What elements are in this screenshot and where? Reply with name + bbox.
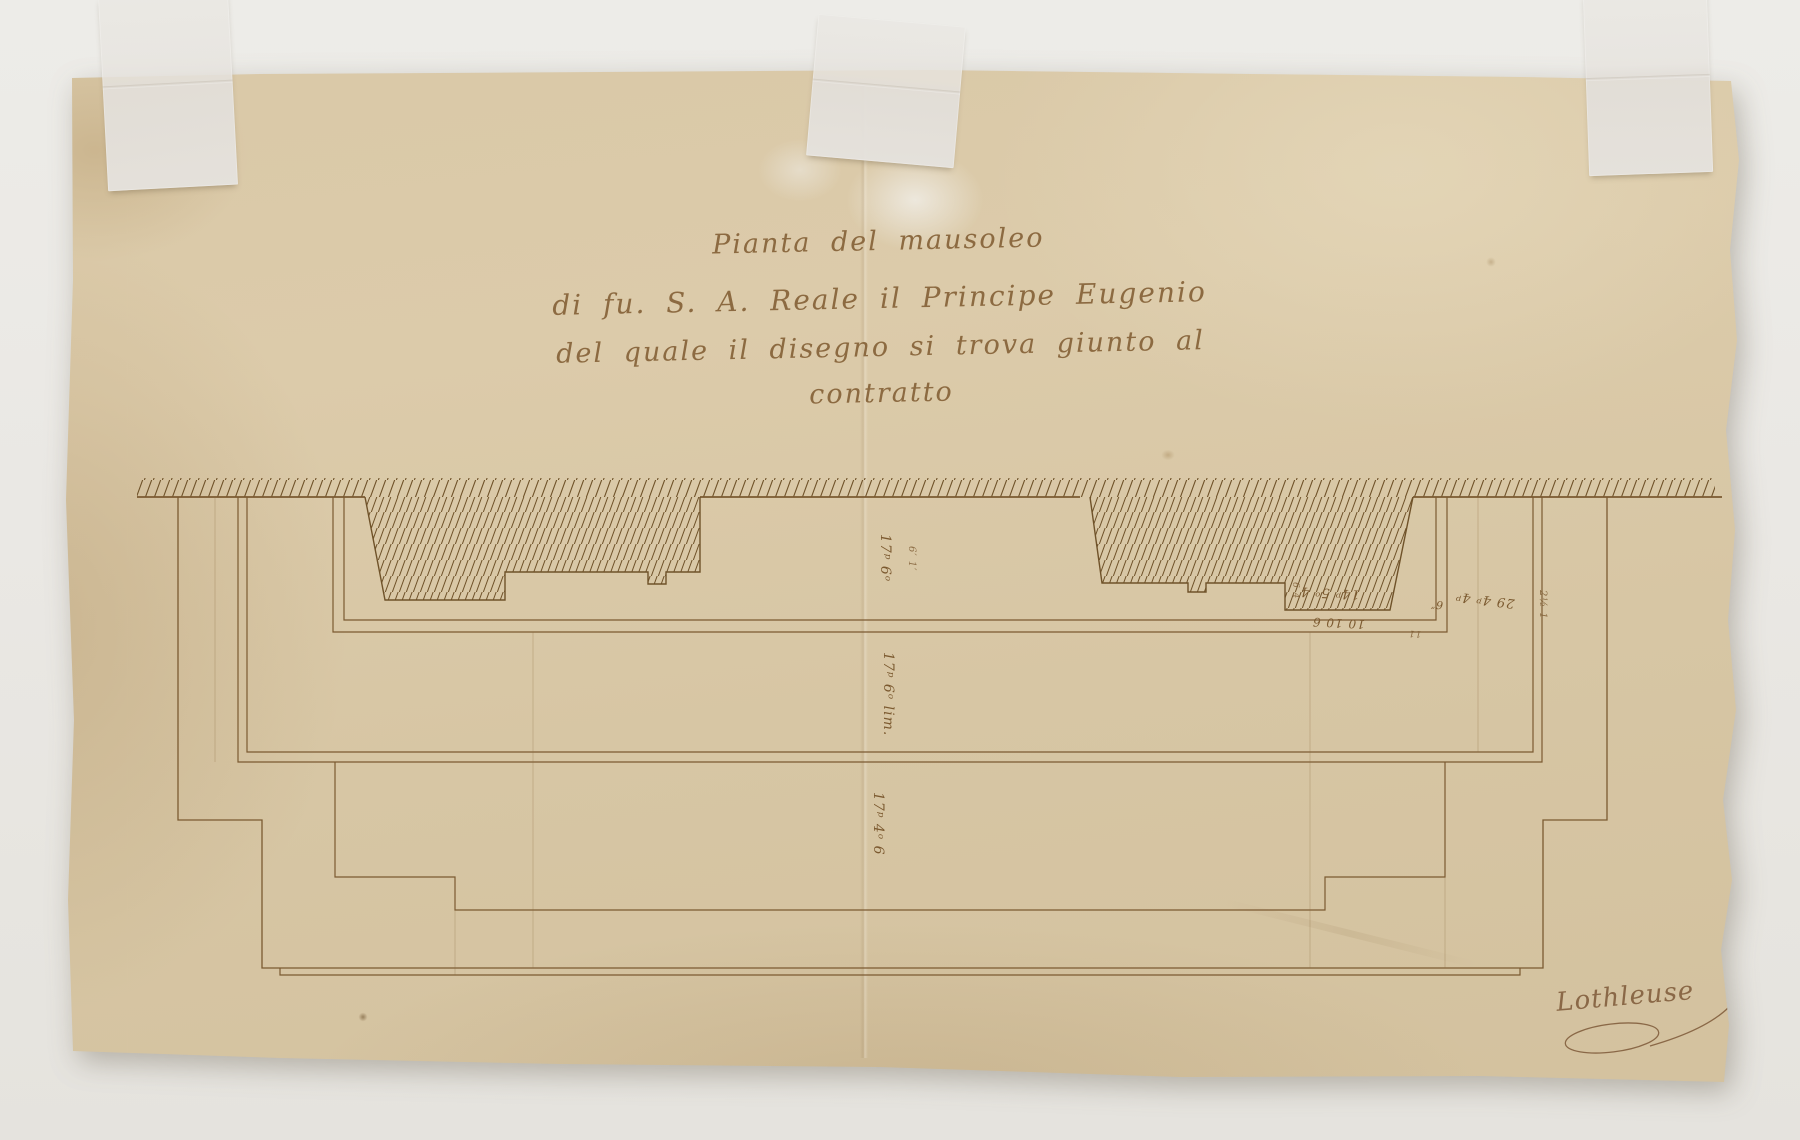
measurement-center-middle: 17ᵖ 6ᵒ lim. bbox=[880, 652, 896, 736]
plan-drawing bbox=[0, 0, 1800, 1140]
title-line-3: del quale il disegno si trova giunto al bbox=[480, 324, 1280, 372]
tape-fold-line bbox=[1586, 74, 1710, 81]
measurement-center-upper: 17ᵖ 6ᵒ bbox=[877, 534, 893, 582]
measurement-right-six: 6″ bbox=[1430, 598, 1444, 612]
tape-top-right bbox=[1583, 0, 1713, 176]
tape-top-left bbox=[98, 0, 238, 191]
tape-top-center bbox=[806, 14, 966, 168]
measurement-recess-edge: 6 4 bbox=[1290, 582, 1300, 599]
tape-fold-line bbox=[813, 79, 961, 95]
right-recess bbox=[1090, 497, 1413, 610]
measurement-right-frame: 2½ 1 bbox=[1537, 590, 1548, 620]
title-block: Pianta del mausoleo di fu. S. A. Reale i… bbox=[478, 210, 1282, 437]
tape-fold-line bbox=[103, 80, 233, 90]
photograph-scene: Pianta del mausoleo di fu. S. A. Reale i… bbox=[0, 0, 1800, 1140]
measurement-right-block: 14ᵖ 5ᵒ 4 bbox=[1300, 583, 1360, 601]
ground-hatch-band bbox=[137, 478, 1722, 497]
measurement-right-below: 10 10 6 bbox=[1312, 615, 1365, 632]
measurement-center-upper-small: 6′ 1′ bbox=[906, 546, 917, 571]
measurement-right-eleven: 11 bbox=[1408, 628, 1422, 639]
drawing-sheet: Pianta del mausoleo di fu. S. A. Reale i… bbox=[0, 0, 1800, 1140]
title-line-4: contratto bbox=[481, 370, 1281, 418]
paper-shadow: Pianta del mausoleo di fu. S. A. Reale i… bbox=[0, 0, 1800, 1140]
title-line-2: di fu. S. A. Reale il Principe Eugenio bbox=[479, 274, 1280, 324]
title-line-1: Pianta del mausoleo bbox=[478, 218, 1278, 266]
left-recess bbox=[365, 497, 700, 600]
measurement-center-lower: 17ᵖ 4ᵒ 6 bbox=[870, 792, 886, 856]
